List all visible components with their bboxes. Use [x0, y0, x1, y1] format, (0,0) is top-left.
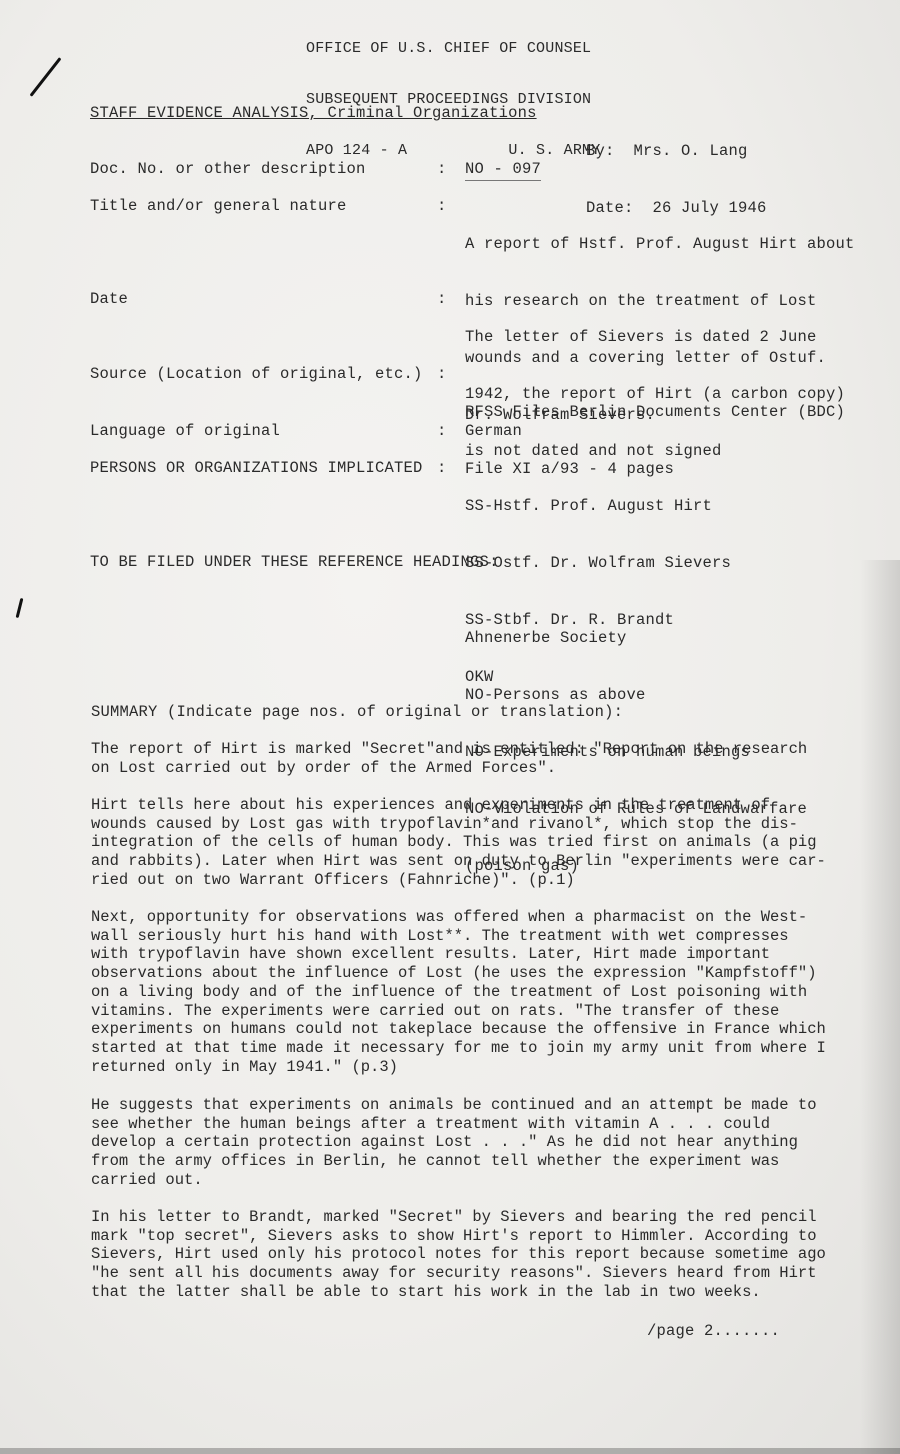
margin-pen-mark: [16, 598, 24, 618]
header-line: OFFICE OF U.S. CHIEF OF COUNSEL: [306, 40, 600, 57]
field-colon: :: [437, 422, 447, 441]
reference-heading: TO BE FILED UNDER THESE REFERENCE HEADIN…: [90, 553, 499, 572]
field-value-language: German: [465, 422, 522, 441]
field-label-title: Title and/or general nature: [90, 197, 347, 216]
field-colon: :: [437, 197, 447, 216]
document-page: OFFICE OF U.S. CHIEF OF COUNSEL SUBSEQUE…: [0, 0, 900, 1454]
author: By: Mrs. O. Lang: [586, 142, 767, 161]
page-bottom-shadow: [0, 1448, 900, 1454]
continuation-marker: /page 2.......: [647, 1322, 780, 1341]
summary-heading: SUMMARY (Indicate page nos. of original …: [91, 703, 623, 722]
field-label-language: Language of original: [90, 422, 280, 441]
field-label-date: Date: [90, 290, 128, 309]
value-line: SS-Hstf. Prof. August Hirt: [465, 497, 731, 516]
summary-paragraph: Next, opportunity for observations was o…: [91, 908, 831, 1076]
value-line: The letter of Sievers is dated 2 June: [465, 328, 845, 347]
value-line: SS-Ostf. Dr. Wolfram Sievers: [465, 554, 731, 573]
field-colon: :: [437, 459, 447, 478]
value-line: RFSS Files Berlin Documents Center (BDC): [465, 403, 845, 422]
page-edge-shadow: [860, 560, 900, 1454]
field-label-source: Source (Location of original, etc.): [90, 365, 423, 384]
analysis-title: STAFF EVIDENCE ANALYSIS, Criminal Organi…: [90, 104, 537, 123]
margin-pen-mark: [30, 57, 62, 97]
field-colon: :: [437, 160, 447, 179]
reference-item: Ahnenerbe Society: [465, 629, 807, 648]
field-value-doc-no: NO - 097: [465, 160, 541, 179]
field-label-doc-no: Doc. No. or other description: [90, 160, 366, 179]
field-colon: :: [437, 290, 447, 309]
summary-paragraph: In his letter to Brandt, marked "Secret"…: [91, 1208, 831, 1302]
field-label-persons: PERSONS OR ORGANIZATIONS IMPLICATED: [90, 459, 423, 478]
summary-paragraph: Hirt tells here about his experiences an…: [91, 796, 831, 890]
summary-paragraph: He suggests that experiments on animals …: [91, 1096, 831, 1190]
header-line: APO 124 - A U. S. ARMY: [306, 142, 600, 159]
summary-paragraph: The report of Hirt is marked "Secret"and…: [91, 740, 831, 777]
field-colon: :: [437, 365, 447, 384]
value-line: A report of Hstf. Prof. August Hirt abou…: [465, 235, 855, 254]
doc-number: NO - 097: [465, 160, 541, 181]
